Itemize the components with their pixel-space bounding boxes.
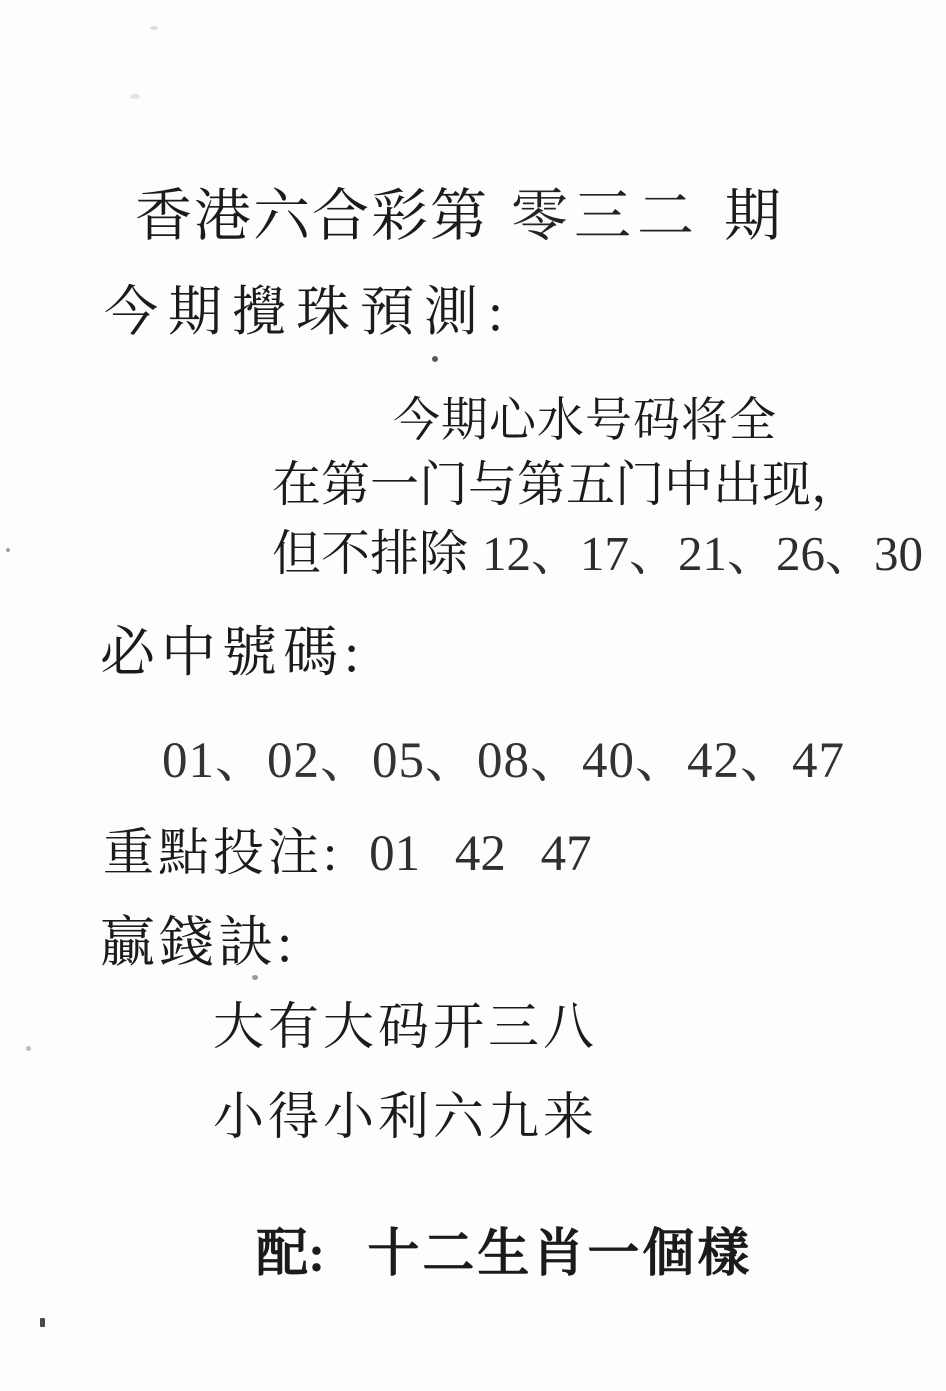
excluded-numbers: 12、17、21、26、30 <box>482 526 923 581</box>
zodiac-match-label: 配: <box>256 1226 325 1283</box>
forecast-line-3-label: 但不排除 <box>272 526 468 581</box>
issue-number: 零三二 <box>511 185 700 248</box>
scan-speck <box>6 548 10 552</box>
scanned-lottery-document: 香港六合彩第零三二期 今期攪珠預測: 今期心水号码将全 在第一门与第五门中出现，… <box>0 0 946 1391</box>
zodiac-match-row: 配:十二生肖一個樣 <box>256 1226 752 1283</box>
must-hit-numbers: 01、02、05、08、40、42、47 <box>162 733 845 789</box>
scan-speck <box>150 26 158 30</box>
key-bet-numbers: 01 42 47 <box>369 826 592 882</box>
forecast-heading: 今期攪珠預測: <box>104 283 513 342</box>
scan-speck <box>26 1046 31 1051</box>
forecast-line-2: 在第一门与第五门中出现， <box>272 458 860 512</box>
title-suffix: 期 <box>724 185 783 248</box>
must-hit-label: 必中號碼: <box>100 623 365 684</box>
scan-speck <box>252 975 258 980</box>
winning-verse-line-1: 大有大码开三八 <box>213 1000 598 1056</box>
scan-speck <box>432 356 438 362</box>
winning-verse-label: 贏錢訣: <box>100 913 296 974</box>
zodiac-match-text: 十二生肖一個樣 <box>367 1226 752 1283</box>
forecast-line-3: 但不排除12、17、21、26、30 <box>272 527 923 581</box>
key-bet-label: 重點投注: <box>103 826 341 882</box>
title-prefix: 香港六合彩第 <box>135 185 489 248</box>
forecast-line-1: 今期心水号码将全 <box>393 396 777 448</box>
key-bet-row: 重點投注:01 42 47 <box>103 826 592 882</box>
winning-verse-line-2: 小得小利六九来 <box>213 1090 598 1146</box>
document-title: 香港六合彩第零三二期 <box>135 186 783 249</box>
scan-speck <box>130 94 140 99</box>
scan-speck <box>40 1318 45 1327</box>
